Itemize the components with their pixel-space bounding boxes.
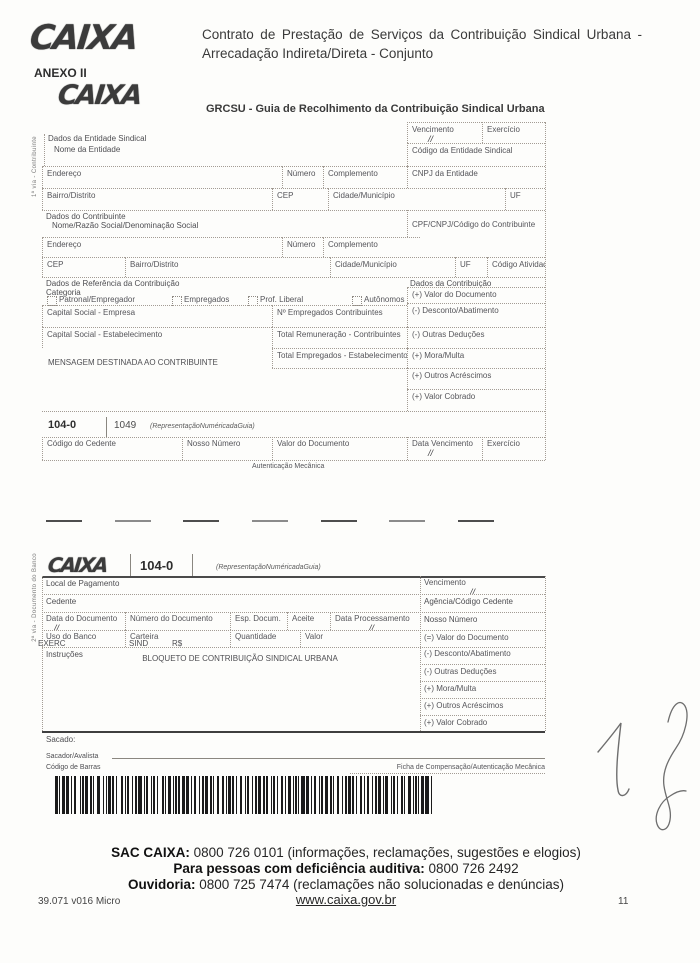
scanned-form-page: CAIXA Contrato de Prestação de Serviços … — [0, 0, 700, 963]
field-label: Data Processamento — [335, 614, 410, 623]
field-exercicio-2: Exercício — [482, 437, 545, 460]
field-value: // — [428, 448, 482, 458]
field-data-vencimento: Data Vencimento // — [407, 437, 482, 460]
divider — [545, 576, 546, 731]
field-valor: Valor — [300, 630, 420, 647]
via2-vertical-label: 2ª via - Documento do Banco — [32, 553, 38, 642]
field-nosso-numero-2: Nosso Número — [424, 615, 477, 624]
page-number: 11 — [618, 896, 628, 907]
field-desconto: (-) Desconto/Abatimento — [407, 303, 545, 327]
checkbox-prof-liberal-label: Prof. Liberal — [260, 295, 303, 304]
field-cep-contribuinte: CEP — [42, 257, 125, 277]
contract-title: Contrato de Prestação de Serviços da Con… — [202, 26, 642, 64]
field-valor-cobrado: (+) Valor Cobrado — [407, 389, 545, 411]
field-aceite: Aceite — [287, 612, 330, 630]
field-valor-documento: (+) Valor do Documento — [407, 287, 545, 303]
divider — [44, 134, 45, 166]
field-cep-entidade: CEP — [272, 188, 328, 210]
field-mensagem: MENSAGEM DESTINADA AO CONTRIBUINTE — [48, 358, 218, 367]
field-capital-estabelecimento: Capital Social - Estabelecimento — [42, 327, 272, 348]
divider — [112, 758, 545, 759]
bank-code: 104-0 — [48, 419, 76, 431]
field-uf-entidade: UF — [505, 188, 545, 210]
field-value: // — [369, 623, 420, 630]
field-numero-contribuinte: Número — [282, 237, 323, 257]
sac-line: SAC CAIXA: 0800 726 0101 (informações, r… — [0, 845, 692, 860]
field-cedente: Cedente — [46, 597, 76, 606]
bank-code-2: 1049 — [114, 420, 136, 431]
divider — [42, 411, 545, 412]
field-total-remuneracao: Total Remuneração - Contribuintes — [272, 327, 407, 348]
field-desconto-f2: (-) Desconto/Abatimento — [420, 647, 545, 664]
field-sacado: Sacado: — [46, 735, 75, 744]
via1-vertical-label: 1ª via - Contribuinte — [32, 136, 38, 197]
caixa-logo: CAIXA — [28, 18, 139, 58]
field-quantidade: Quantidade — [230, 630, 300, 647]
field-agencia-cedente: Agência/Código Cedente — [424, 597, 513, 606]
field-mora: (+) Mora/Multa — [407, 348, 545, 368]
field-nome-razao: Nome/Razão Social/Denominação Social — [52, 221, 198, 230]
field-label: Data Vencimento — [412, 439, 473, 448]
field-complemento-entidade: Complemento — [323, 166, 407, 188]
field-ficha-compensacao: Ficha de Compensação/Autenticação Mecâni… — [350, 764, 545, 771]
checkbox-empregados-label: Empregados — [184, 295, 229, 304]
field-sacador-avalista: Sacador/Avalista — [46, 753, 98, 760]
bank-code-form2: 104-0 — [140, 558, 173, 573]
field-uf-contribuinte: UF — [455, 257, 487, 277]
field-cidade-entidade: Cidade/Município — [328, 188, 505, 210]
field-capital-empresa: Capital Social - Empresa — [42, 305, 272, 327]
bloqueto-text: BLOQUETO DE CONTRIBUIÇÃO SINDICAL URBANA — [100, 654, 380, 663]
field-cidade-contribuinte: Cidade/Município — [330, 257, 455, 277]
field-exercicio: Exercício — [482, 122, 545, 143]
handwritten-mark — [582, 690, 697, 838]
divider — [545, 122, 546, 460]
ouvidoria-text: 0800 725 7474 (reclamações não soluciona… — [196, 877, 565, 892]
field-value: // — [428, 134, 482, 143]
field-mora-f2: (+) Mora/Multa — [420, 681, 545, 698]
field-total-empregados: Total Empregados - Estabelecimento — [272, 348, 407, 368]
divider — [130, 554, 131, 576]
field-value: // — [54, 623, 125, 630]
autenticacao-label: Autenticação Mecânica — [252, 463, 324, 470]
caixa-logo-3: CAIXA — [47, 553, 108, 577]
divider — [42, 460, 545, 461]
section-referencia: Dados de Referência da Contribuição — [46, 279, 179, 288]
checkbox-patronal-label: Patronal/Empregador — [59, 295, 135, 304]
field-bairro-entidade: Bairro/Distrito — [42, 188, 272, 210]
field-instrucoes: Instruções — [46, 650, 83, 659]
representacao-label-2: (RepresentaçãoNuméricadaGuia) — [216, 564, 321, 571]
cut-line — [46, 520, 494, 522]
field-endereco-entidade: Endereço — [42, 166, 282, 188]
field-complemento-contribuinte: Complemento — [323, 237, 420, 257]
field-cpf-cnpj: CPF/CNPJ/Código do Contribuinte — [407, 210, 545, 237]
section-contribuinte: Dados do Contribuinte — [46, 212, 126, 221]
field-label: Data do Documento — [46, 614, 117, 623]
divider — [272, 368, 407, 369]
divider — [42, 594, 545, 595]
field-label: Vencimento — [424, 578, 466, 587]
field-codigo-cedente: Código do Cedente — [42, 437, 182, 460]
field-bairro-contribuinte: Bairro/Distrito — [125, 257, 330, 277]
field-numero-documento: Número do Documento — [125, 612, 230, 630]
field-vencimento: Vencimento // — [407, 122, 482, 143]
field-outros-acrescimos-f2: (+) Outros Acréscimos — [420, 698, 545, 715]
field-label: Vencimento — [412, 125, 454, 134]
field-vencimento-2: Vencimento // — [420, 576, 545, 594]
divider — [192, 554, 193, 576]
field-valor-cobrado-f2: (+) Valor Cobrado — [420, 715, 545, 731]
deaf-text: 0800 726 2492 — [425, 861, 519, 876]
field-nome-entidade: Nome da Entidade — [54, 145, 120, 154]
field-outros-acrescimos: (+) Outros Acréscimos — [407, 368, 545, 389]
sac-label: SAC CAIXA: — [111, 845, 190, 860]
barcode — [55, 776, 432, 814]
divider — [42, 277, 545, 278]
ouvidoria-label: Ouvidoria: — [128, 877, 196, 892]
deaf-line: Para pessoas com deficiência auditiva: 0… — [0, 861, 692, 876]
field-endereco-contribuinte: Endereço — [42, 237, 282, 257]
section-entidade: Dados da Entidade Sindical — [48, 134, 146, 143]
field-codigo-atividade: Código Atividade — [487, 257, 545, 277]
divider — [106, 417, 107, 438]
field-especie-documento: Esp. Docum. — [230, 612, 287, 630]
anexo-label: ANEXO II — [34, 66, 87, 80]
field-outras-deducoes-f2: (-) Outras Deduções — [420, 664, 545, 681]
representacao-label: (RepresentaçãoNuméricadaGuia) — [150, 423, 255, 430]
divider — [42, 576, 43, 731]
field-data-documento: Data do Documento // — [42, 612, 125, 630]
field-local-pagamento: Local de Pagamento — [46, 579, 119, 588]
divider — [42, 731, 545, 733]
field-valor-documento-2: Valor do Documento — [272, 437, 407, 460]
checkbox-autonomos-label: Autônomos — [364, 295, 404, 304]
field-codigo-barras: Código de Barras — [46, 764, 100, 771]
field-outras-deducoes: (-) Outras Deduções — [407, 327, 545, 348]
field-codigo-entidade: Código da Entidade Sindical — [407, 143, 545, 166]
field-cnpj-entidade: CNPJ da Entidade — [407, 166, 545, 188]
field-nosso-numero: Nosso Número — [182, 437, 272, 460]
deaf-label: Para pessoas com deficiência auditiva: — [173, 861, 424, 876]
field-valor-documento-f2: (=) Valor do Documento — [420, 630, 545, 647]
sac-text: 0800 726 0101 (informações, reclamações,… — [190, 845, 581, 860]
field-value: // — [470, 587, 545, 594]
field-n-empregados: Nº Empregados Contribuintes — [272, 305, 407, 327]
grcsu-title: GRCSU - Guia de Recolhimento da Contribu… — [206, 103, 545, 115]
divider — [350, 773, 545, 774]
ouvidoria-line: Ouvidoria: 0800 725 7474 (reclamações nã… — [0, 877, 692, 892]
field-numero-entidade: Número — [282, 166, 323, 188]
caixa-website-link: www.caixa.gov.br — [0, 892, 692, 907]
caixa-logo-2: CAIXA — [56, 80, 142, 111]
field-data-processamento: Data Processamento // — [330, 612, 420, 630]
